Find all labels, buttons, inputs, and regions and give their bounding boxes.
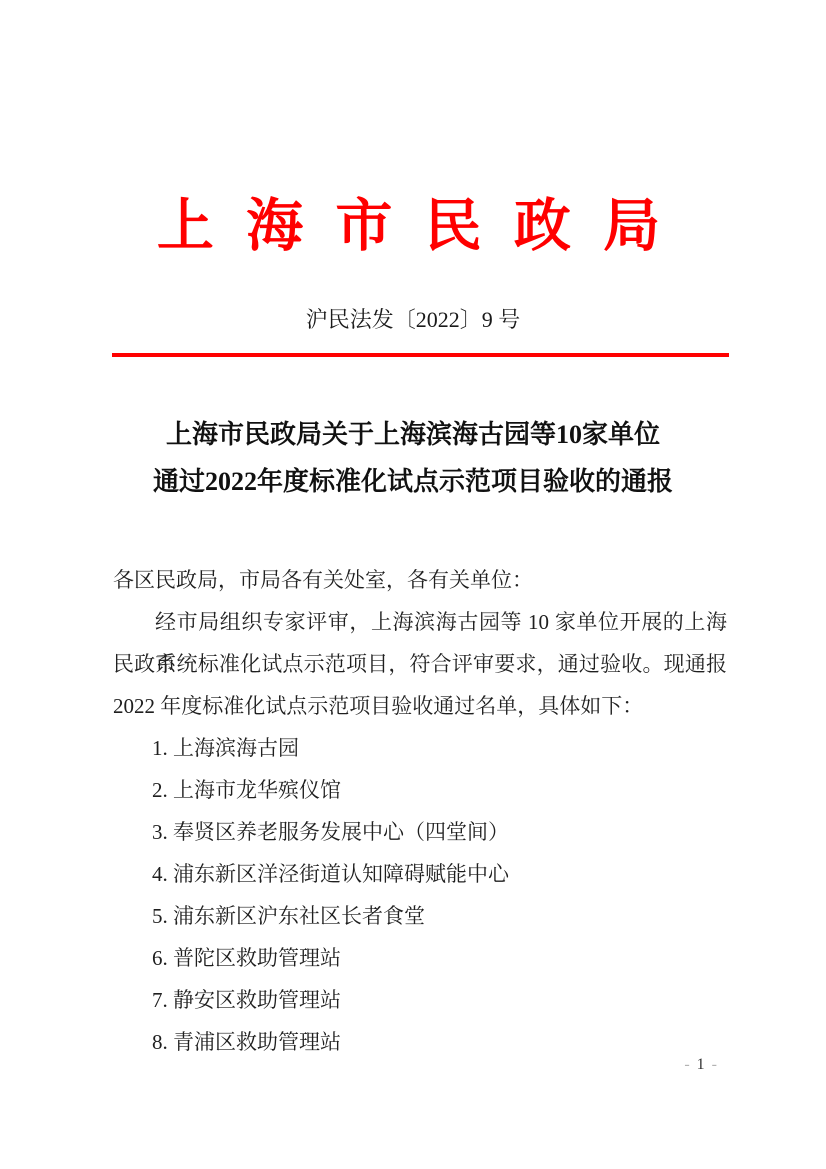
salutation-line: 各区民政局，市局各有关处室，各有关单位： (113, 559, 727, 601)
list-item-2: 2. 上海市龙华殡仪馆 (113, 769, 727, 811)
paragraph-line-3: 2022 年度标准化试点示范项目验收通过名单，具体如下： (113, 685, 727, 727)
letterhead-divider-rule (112, 353, 729, 357)
page-number-value: 1 (697, 1054, 705, 1076)
list-item-1: 1. 上海滨海古园 (113, 727, 727, 769)
list-item-8: 8. 青浦区救助管理站 (113, 1021, 727, 1063)
document-title: 上海市民政局关于上海滨海古园等10家单位 通过2022年度标准化试点示范项目验收… (0, 411, 826, 505)
list-item-4: 4. 浦东新区洋泾街道认知障碍赋能中心 (113, 853, 727, 895)
paragraph-line-2: 民政系统标准化试点示范项目，符合评审要求，通过验收。现通报 (113, 643, 727, 685)
page-number-dash-right: - (712, 1054, 717, 1076)
list-item-5: 5. 浦东新区沪东社区长者食堂 (113, 895, 727, 937)
paragraph-line-1: 经市局组织专家评审，上海滨海古园等 10 家单位开展的上海市 (113, 601, 727, 643)
list-item-7: 7. 静安区救助管理站 (113, 979, 727, 1021)
page-number: - 1 - (684, 1054, 717, 1076)
letterhead-agency-name: 上 海 市 民 政 局 (0, 197, 826, 257)
doc-number: 沪民法发〔2022〕9 号 (0, 305, 826, 335)
document-title-line1: 上海市民政局关于上海滨海古园等10家单位 (0, 411, 826, 458)
document-page: 上 海 市 民 政 局 沪民法发〔2022〕9 号 上海市民政局关于上海滨海古园… (0, 0, 826, 1169)
document-body: 各区民政局，市局各有关处室，各有关单位： 经市局组织专家评审，上海滨海古园等 1… (113, 559, 727, 1063)
list-item-6: 6. 普陀区救助管理站 (113, 937, 727, 979)
document-title-line2: 通过2022年度标准化试点示范项目验收的通报 (0, 458, 826, 505)
list-item-3: 3. 奉贤区养老服务发展中心（四堂间） (113, 811, 727, 853)
page-number-dash-left: - (684, 1054, 689, 1076)
